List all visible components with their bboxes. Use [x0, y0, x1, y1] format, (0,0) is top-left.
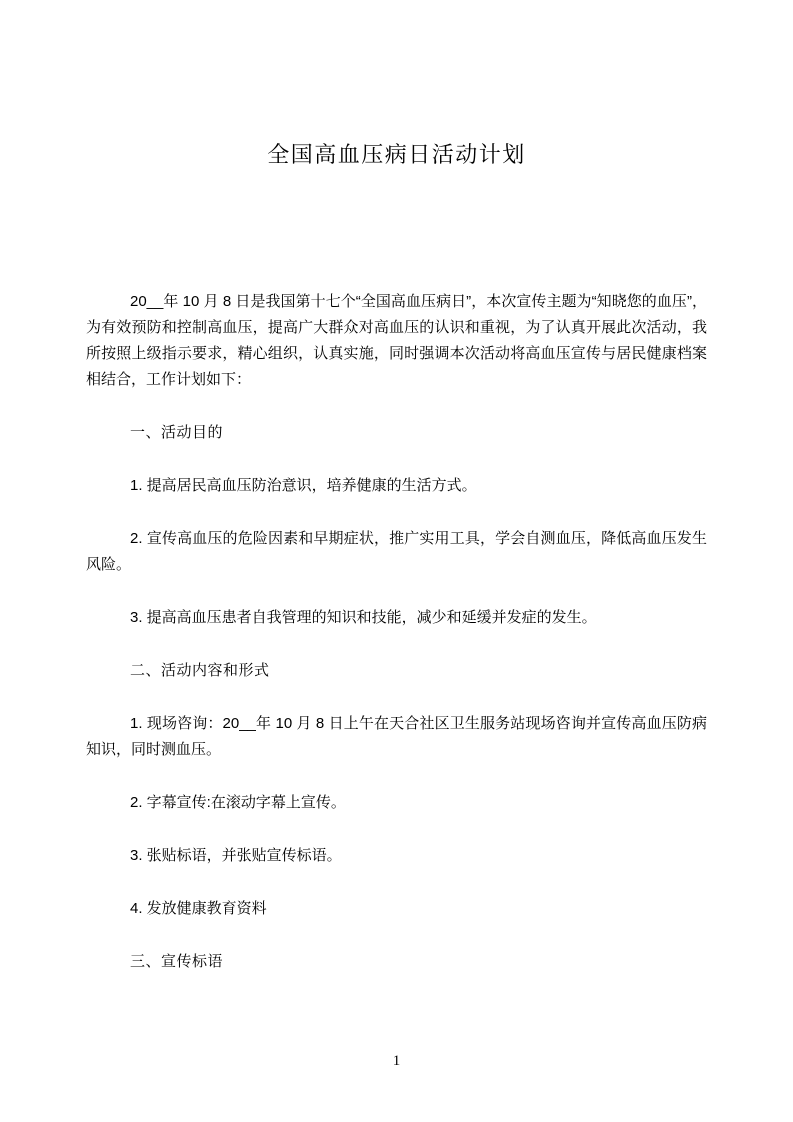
- document-title: 全国高血压病日活动计划: [86, 140, 707, 170]
- page-number: 1: [0, 1052, 793, 1070]
- list-item: 2. 字幕宣传:在滚动字幕上宣传。: [86, 790, 707, 816]
- section-heading-activity-purpose: 一、活动目的: [86, 420, 707, 446]
- list-item: 2. 宣传高血压的危险因素和早期症状，推广实用工具，学会自测血压，降低高血压发生…: [86, 526, 707, 578]
- list-item: 1. 现场咨询：20__年 10 月 8 日上午在天合社区卫生服务站现场咨询并宣…: [86, 711, 707, 763]
- list-item: 4. 发放健康教育资料: [86, 896, 707, 922]
- document-body: 全国高血压病日活动计划 20__年 10 月 8 日是我国第十七个“全国高血压病…: [86, 140, 707, 1002]
- list-item: 3. 张贴标语，并张贴宣传标语。: [86, 843, 707, 869]
- list-item: 1. 提高居民高血压防治意识，培养健康的生活方式。: [86, 473, 707, 499]
- section-heading-activity-content: 二、活动内容和形式: [86, 658, 707, 684]
- list-item: 3. 提高高血压患者自我管理的知识和技能，减少和延缓并发症的发生。: [86, 605, 707, 631]
- intro-paragraph: 20__年 10 月 8 日是我国第十七个“全国高血压病日”，本次宣传主题为“知…: [86, 289, 707, 393]
- document-page: 全国高血压病日活动计划 20__年 10 月 8 日是我国第十七个“全国高血压病…: [0, 0, 793, 1122]
- section-heading-slogans: 三、宣传标语: [86, 949, 707, 975]
